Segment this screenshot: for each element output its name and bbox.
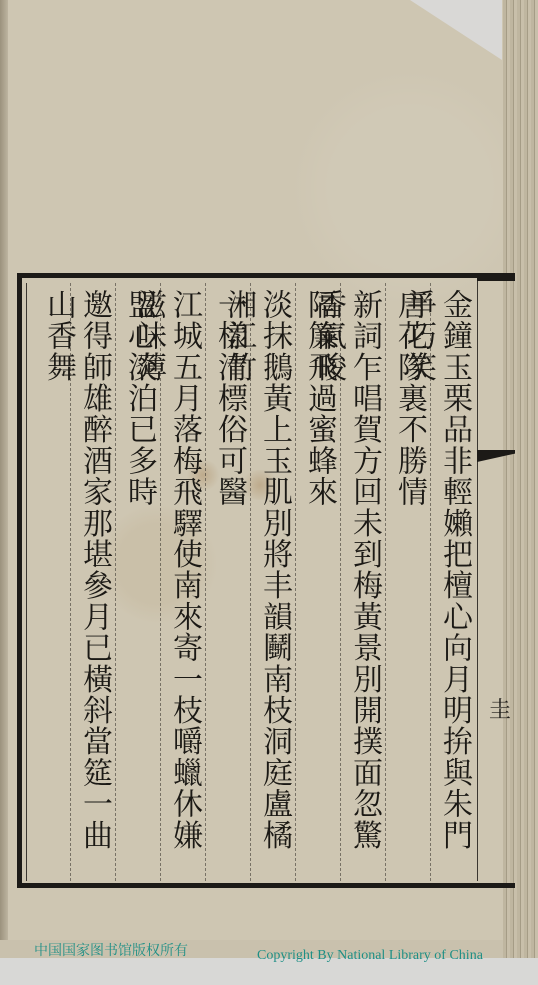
column-text: 唐花隊裏不勝情 <box>391 289 427 507</box>
text-column-2: 唐花隊裏不勝情 <box>385 283 430 881</box>
column-text: 新詞乍唱賀方回未到梅黃景別開撲面忽驚香氣晙 <box>346 289 382 881</box>
text-column-6: 一樣清標俗可醫 <box>205 283 250 881</box>
text-column-3: 新詞乍唱賀方回未到梅黃景別開撲面忽驚香氣晙 <box>340 283 385 881</box>
page-number: 圭 <box>489 700 519 722</box>
column-text: 邀得師雄醉酒家那堪參月已橫斜當筵一曲山香舞 <box>76 289 112 881</box>
column-text: 淡抹鵝黃上玉肌別將丰韻鬭南枝洞庭盧橘湘江竹 <box>256 289 292 881</box>
previous-page-edge <box>0 0 8 940</box>
text-column-4: 隔簾飛過蜜蜂來 <box>295 283 340 881</box>
text-column-5: 淡抹鵝黃上玉肌別將丰韻鬭南枝洞庭盧橘湘江竹 <box>250 283 295 881</box>
text-column-8: 盟心淡泊已多時 <box>115 283 160 881</box>
text-column-9: 邀得師雄醉酒家那堪參月已橫斜當筵一曲山香舞 <box>70 283 115 881</box>
column-text: 一樣清標俗可醫 <box>211 289 247 507</box>
fold-margin-top-block <box>477 273 515 281</box>
column-text: 隔簾飛過蜜蜂來 <box>301 289 337 507</box>
copyright-english: Copyright By National Library of China <box>257 948 483 964</box>
fold-margin-line <box>477 281 478 881</box>
copyright-chinese: 中国国家图书馆版权所有 <box>34 940 188 960</box>
text-column-1: 金鐘玉栗品非輕嬾把檀心向月明拚與朱門爭巧笑 <box>430 283 475 881</box>
column-text: 金鐘玉栗品非輕嬾把檀心向月明拚與朱門爭巧笑 <box>436 289 472 881</box>
text-column-7: 江城五月落梅飛驛使南來寄一枝嚼蠟休嫌滋味薄 <box>160 283 205 881</box>
column-text: 江城五月落梅飛驛使南來寄一枝嚼蠟休嫌滋味薄 <box>166 289 202 881</box>
column-text: 盟心淡泊已多時 <box>121 289 157 507</box>
text-column-blank <box>26 283 71 881</box>
